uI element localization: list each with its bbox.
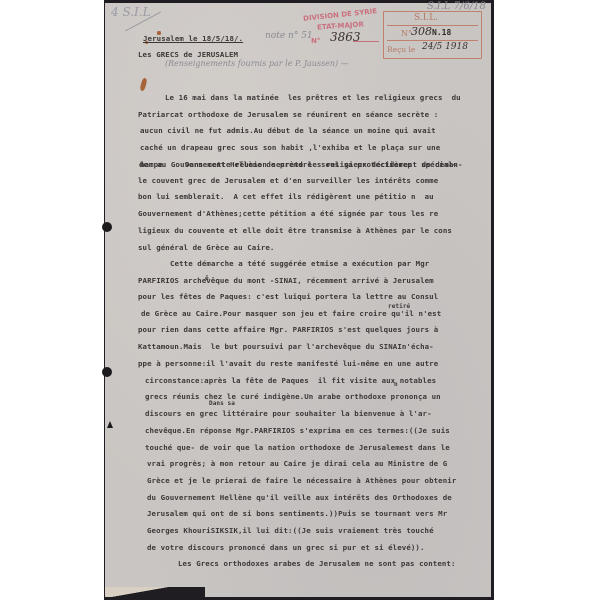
document-page: 4 S.I.L S.I.L 7/6/18 Jerusalem le 18/5/1… <box>105 3 491 597</box>
body-line: le couvent grec de Jerusalem et d'en sur… <box>138 176 438 185</box>
correction-dans-sa: Dans sa <box>209 400 235 407</box>
torn-corner <box>105 587 205 597</box>
stamp-division-number-label: N° <box>311 37 320 45</box>
punch-hole <box>102 367 112 377</box>
stamp-sil-typed-number: N.18 <box>432 28 451 37</box>
stamp-sil-received-label: Reçu le <box>387 45 415 54</box>
body-line: sul général de Grèce au Caire. <box>138 243 275 252</box>
body-line: aucun civil ne fut admis.Au début de la … <box>140 126 436 135</box>
stamp-sil-header: S.I.L. <box>414 13 438 23</box>
body-line: Cette démarche a tété suggérée etmise a … <box>170 259 429 268</box>
stamp-sil: S.I.L. N° 308 N.18 Reçu le 24/5 1918 <box>383 11 482 59</box>
body-line: Jerusalem qui ont de si bons sentiments.… <box>147 509 447 518</box>
body-line: touché que- de voir que la nation orthod… <box>145 443 450 452</box>
correction-retire: retiré <box>388 303 410 310</box>
body-line: Patriarcat orthodoxe de Jerusalem se réu… <box>138 110 438 119</box>
body-line: discours en grec littéraire pour souhait… <box>145 409 432 418</box>
punch-hole <box>102 222 112 232</box>
body-line: Le 16 mai dans la matinée les prêtres et… <box>165 93 461 102</box>
body-line: pour rien dans cette affaire Mgr. PARFIR… <box>138 325 438 334</box>
body-line: der au Gouvernement Hellène de prendre s… <box>139 160 457 169</box>
stamp-sil-number: 308 <box>411 25 432 38</box>
stamp-division-line1: DIVISION DE SYRIE <box>303 7 378 23</box>
body-line: PARFIRIOS archevêque du mont -SINAI, réc… <box>138 276 434 285</box>
body-line: chevêque.En réponse Mgr.PARFIRIOS s'expr… <box>145 426 450 435</box>
body-line: du Gouvernement Hellène qu'il veille aux… <box>147 493 452 502</box>
body-line: vrai progrès; à mon retour au Caire je d… <box>147 459 447 468</box>
date-line: Jerusalem le 18/5/18/. <box>143 34 243 43</box>
subject-line: Les GRECS de JERUSALEM <box>138 50 238 59</box>
body-line: circonstance:après la fête de Paques il … <box>145 376 436 385</box>
handwritten-note-number: note n° 51 <box>265 31 313 41</box>
body-line: caché un drapeau grec sous son habit ,l'… <box>140 143 440 152</box>
rust-stain <box>139 78 147 92</box>
punch-hole-small <box>107 421 113 428</box>
body-line: de votre discours prononcé dans un grec … <box>147 543 425 552</box>
stamp-sil-received-date: 24/5 1918 <box>422 42 468 52</box>
stamp-division-underline <box>353 41 379 42</box>
body-line: Les Grecs orthodoxes arabes de Jerusalem… <box>178 559 456 568</box>
body-line: bon lui semblerait. A cet effet ils rédi… <box>138 192 434 201</box>
body-line: Grèce et je le prierai de faire le néces… <box>147 476 456 485</box>
handwritten-source-note: (Renseignements fournis par le P. Jausse… <box>165 59 349 68</box>
body-line: grecs réunis chez le curé indigène.Un ar… <box>145 392 441 401</box>
correction-fetes: ê <box>205 275 209 282</box>
body-line: Georges KhouriSIKSIK,il lui dit:((Je sui… <box>147 526 434 535</box>
body-line: Kattamoun.Mais le but poursuivi par l'ar… <box>138 342 434 351</box>
body-line: pour les fêtes de Paques: c'est luiqui p… <box>138 292 438 301</box>
correction-bienvenue: n <box>394 381 398 388</box>
body-line: ligieux du couvente et elle doit être tr… <box>138 226 452 235</box>
pencil-corner-ref: 4 S.I.L <box>111 5 151 19</box>
body-line: Gouvernement d'Athènes;cette pétition a … <box>138 209 438 218</box>
body-line: ppe à personne:il l'avait du reste manif… <box>138 359 438 368</box>
body-line: de Grèce au Caire.Pour masquer son jeu e… <box>141 309 441 318</box>
